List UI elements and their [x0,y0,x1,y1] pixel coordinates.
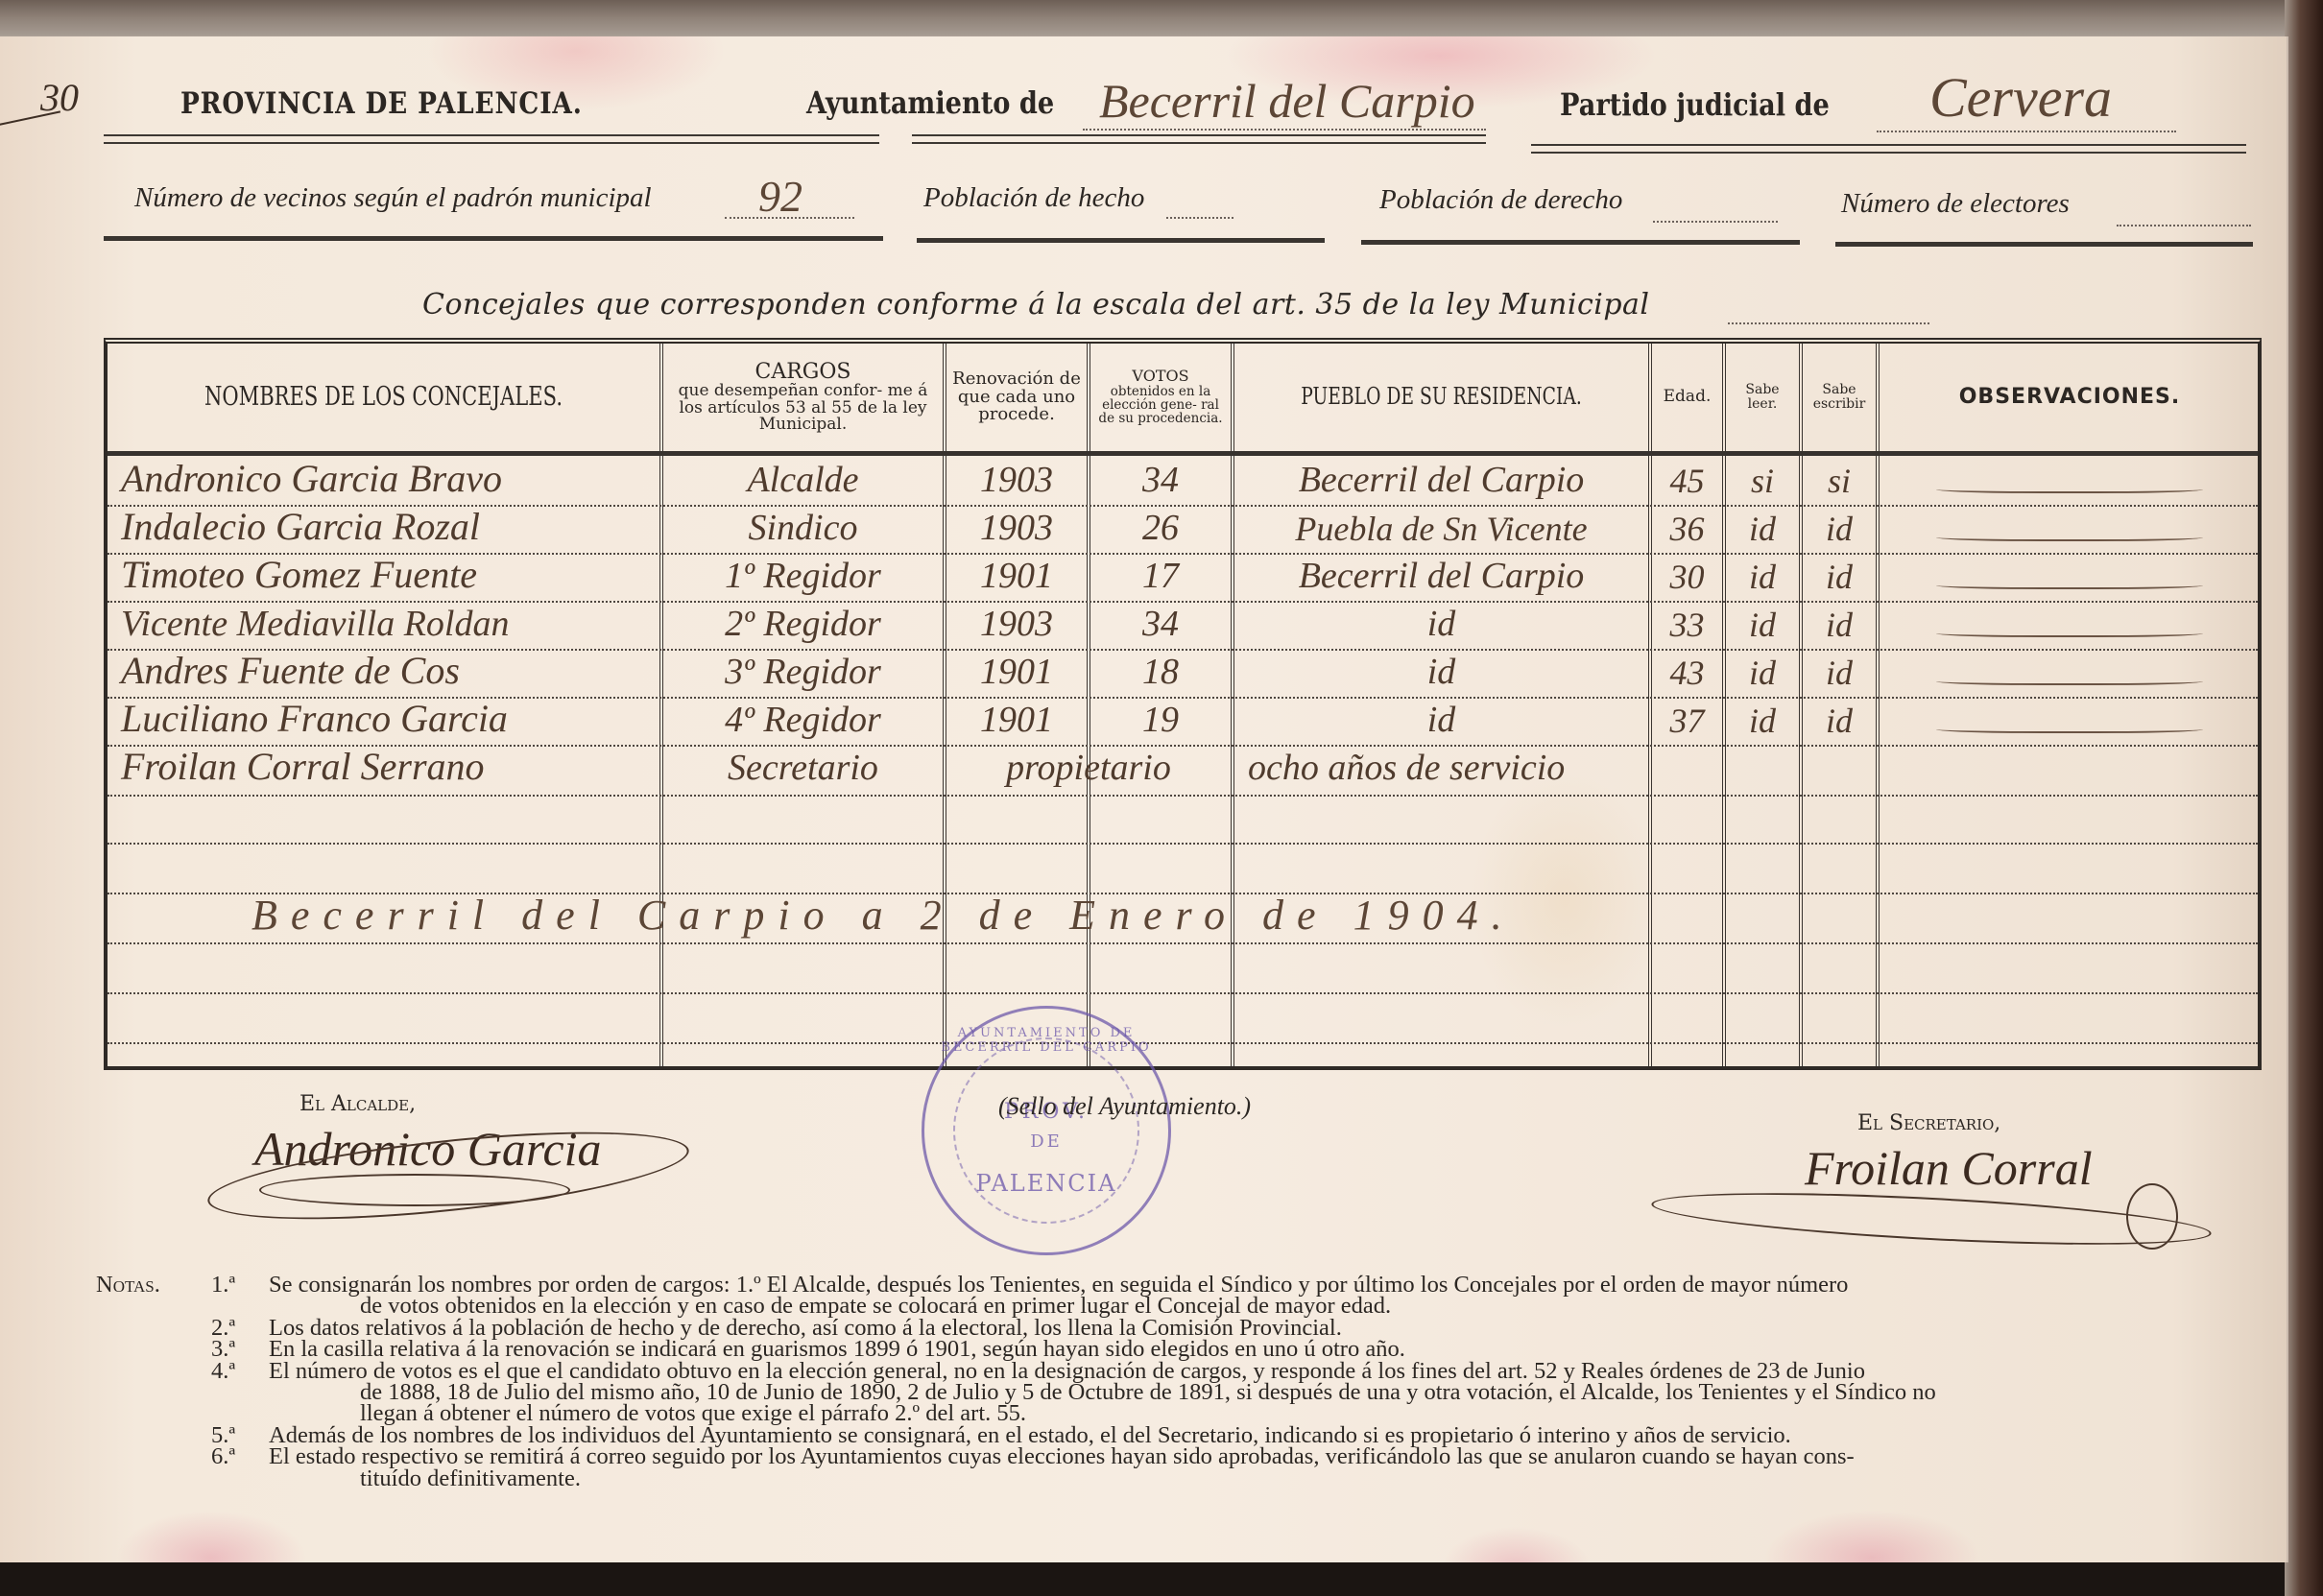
header-votos: VOTOS obtenidos en la elección gene- ral… [1090,344,1231,451]
electores-rule [1835,242,2253,247]
vecinos-rule [104,236,883,241]
header-cargos-sub: que desempeñan confor- me á los artículo… [663,383,943,435]
note-continuation: tituído definitivamente. [269,1468,2265,1489]
town-hall-seal: AYUNTAMIENTO DE BECERRIL DEL CARPIO PROV… [922,1006,1171,1255]
poblacion-hecho-field[interactable] [1166,217,1233,219]
cell-cargo: Alcalde [663,459,943,505]
dash-mark [1936,484,2202,493]
header-rule-1a [104,134,879,144]
cell-cargo: 2º Regidor [663,603,943,649]
cell-pueblo: Becerril del Carpio [1234,555,1648,601]
cell-renovacion: 1901 [946,555,1087,601]
cell-edad: 30 [1652,555,1722,601]
dash-mark [1936,628,2202,637]
cell-cargo: 3º Regidor [663,651,943,697]
cell-votos: 18 [1090,651,1231,697]
cell-renovacion: 1903 [946,603,1087,649]
cell-sabe-escribir: id [1803,507,1876,553]
book-binding-edge [2285,0,2323,1596]
cell-edad: 43 [1652,651,1722,697]
header-renovacion: Renovación de que cada uno procede. [946,344,1087,451]
subtitle-field-line [1728,322,1929,324]
header-rule-1c [1531,144,2246,154]
cell-edad: 37 [1652,699,1722,745]
ayuntamiento-label: Ayuntamiento de [806,84,1054,121]
dash-mark [1936,580,2202,589]
note-item: 4.ª El número de votos es el que el cand… [96,1361,2265,1425]
header-cargos: CARGOS que desempeñan confor- me á los a… [663,344,943,451]
province-title: PROVINCIA DE PALENCIA. [180,86,583,121]
seal-center-bottom: PALENCIA [924,1170,1168,1197]
poblacion-hecho-rule [917,238,1325,243]
ayuntamiento-value: Becerril del Carpio [1099,73,1475,129]
cell-nombre: Timoteo Gomez Fuente [108,555,659,601]
seal-caption: (Sello del Ayuntamiento.) [998,1092,1251,1121]
cell-renovacion: 1901 [946,699,1087,745]
cell-renovacion: 1901 [946,651,1087,697]
note-item: 1.ª Se consignarán los nombres por orden… [96,1274,2265,1318]
header-edad: Edad. [1652,344,1722,451]
header-votos-sub: obtenidos en la elección gene- ral de su… [1090,385,1231,426]
note-number: 1.ª [211,1274,235,1296]
partido-judicial-label: Partido judicial de [1560,86,1830,123]
secretario-signature-loop [2126,1183,2178,1250]
dash-mark [1936,724,2202,733]
cell-votos: 26 [1090,507,1231,553]
cell-sabe-leer: id [1726,507,1799,553]
alcalde-signature-underline [259,1174,570,1206]
cell-renovacion: 1903 [946,459,1087,505]
cell-votos: 34 [1090,603,1231,649]
seal-ring-text: AYUNTAMIENTO DE BECERRIL DEL CARPIO [924,1026,1168,1055]
poblacion-derecho-field[interactable] [1653,221,1778,223]
electores-label: Número de electores [1841,188,2070,220]
header-rule-1b [912,134,1486,144]
cell-observaciones [1880,459,2260,505]
note-number: 6.ª [211,1446,235,1467]
cell-pueblo: Becerril del Carpio [1234,459,1648,505]
document-page: 30 PROVINCIA DE PALENCIA. Ayuntamiento d… [0,36,2288,1562]
row-line [108,992,2258,994]
cell-edad: 33 [1652,603,1722,649]
cell-nombre: Luciliano Franco Garcia [108,699,659,745]
partido-judicial-value: Cervera [1929,65,2112,130]
header-nombres: NOMBRES DE LOS CONCEJALES. [168,344,599,451]
cell-nombre: Vicente Mediavilla Roldan [108,603,659,649]
row-line [108,942,2258,944]
cell-sabe-escribir: id [1803,651,1876,697]
cell-pueblo: id [1234,651,1648,697]
partido-field-line [1877,131,2176,132]
date-location-line: Becerril del Carpio a 2 de Enero de 1904… [251,891,1516,940]
dash-mark [1936,532,2202,541]
concejales-subtitle: Concejales que corresponden conforme á l… [422,288,1650,322]
cell-renovacion: 1903 [946,507,1087,553]
cell-sabe-escribir: id [1803,603,1876,649]
cell-sabe-leer: id [1726,603,1799,649]
electores-field[interactable] [2117,225,2251,226]
poblacion-derecho-rule [1361,240,1800,245]
cell-pueblo: id [1234,699,1648,745]
row-line [108,795,2258,797]
cell-sabe-leer: id [1726,651,1799,697]
dash-mark [1936,676,2202,685]
header-observaciones: OBSERVACIONES. [1880,344,2260,451]
cell-pueblo: Puebla de Sn Vicente [1234,507,1648,553]
notes-section: Notas. 1.ª Se consignarán los nombres po… [96,1274,2265,1489]
cell-edad: 45 [1652,459,1722,505]
cell-cargo: Sindico [663,507,943,553]
vecinos-label: Número de vecinos según el padrón munici… [134,182,652,214]
cell-cargo: 4º Regidor [663,699,943,745]
alcalde-label: El Alcalde, [299,1092,416,1116]
cell-cargo: Secretario [663,747,943,793]
cell-sabe-escribir: id [1803,699,1876,745]
cell-observaciones [1880,507,2260,553]
cell-votos: 34 [1090,459,1231,505]
cell-cargo: 1º Regidor [663,555,943,601]
cell-sabe-leer: id [1726,555,1799,601]
cell-votos: 19 [1090,699,1231,745]
cell-pueblo: ocho años de servicio [1234,747,1676,793]
cell-edad: 36 [1652,507,1722,553]
poblacion-hecho-label: Población de hecho [923,182,1144,214]
concejales-table: NOMBRES DE LOS CONCEJALES. CARGOS que de… [104,338,2262,1070]
header-sabe-leer: Sabe leer. [1726,344,1799,451]
cell-sabe-leer: id [1726,699,1799,745]
note-number: 4.ª [211,1361,235,1382]
poblacion-derecho-label: Población de derecho [1379,184,1622,216]
ayuntamiento-field-line [1083,129,1486,131]
header-sabe-escribir: Sabe escribir [1803,344,1876,451]
header-cargos-title: CARGOS [755,361,851,383]
row-line [108,843,2258,845]
cell-sabe-leer: si [1726,459,1799,505]
secretario-label: El Secretario, [1857,1111,2000,1135]
cell-nombre: Andres Fuente de Cos [108,651,659,697]
cell-sabe-escribir: id [1803,555,1876,601]
seal-center-mid: DE [924,1131,1168,1152]
vecinos-value: 92 [758,171,802,222]
cell-observaciones [1880,603,2260,649]
cell-votos: 17 [1090,555,1231,601]
note-item: 6.ª El estado respectivo se remitirá á c… [96,1446,2265,1489]
cell-renovacion: propietario [946,747,1231,793]
row-line [108,1042,2258,1044]
cell-observaciones [1880,699,2260,745]
cell-nombre: Andronico Garcia Bravo [108,459,659,505]
header-votos-title: VOTOS [1132,369,1188,385]
cell-observaciones [1880,555,2260,601]
cell-nombre: Froilan Corral Serrano [108,747,659,793]
cell-pueblo: id [1234,603,1648,649]
cell-observaciones [1880,651,2260,697]
secretario-signature: Froilan Corral [1805,1140,2093,1196]
cell-nombre: Indalecio Garcia Rozal [108,507,659,553]
folio-number: 30 [40,75,79,120]
header-pueblo: PUEBLO DE SU RESIDENCIA. [1280,344,1602,451]
cell-sabe-escribir: si [1803,459,1876,505]
